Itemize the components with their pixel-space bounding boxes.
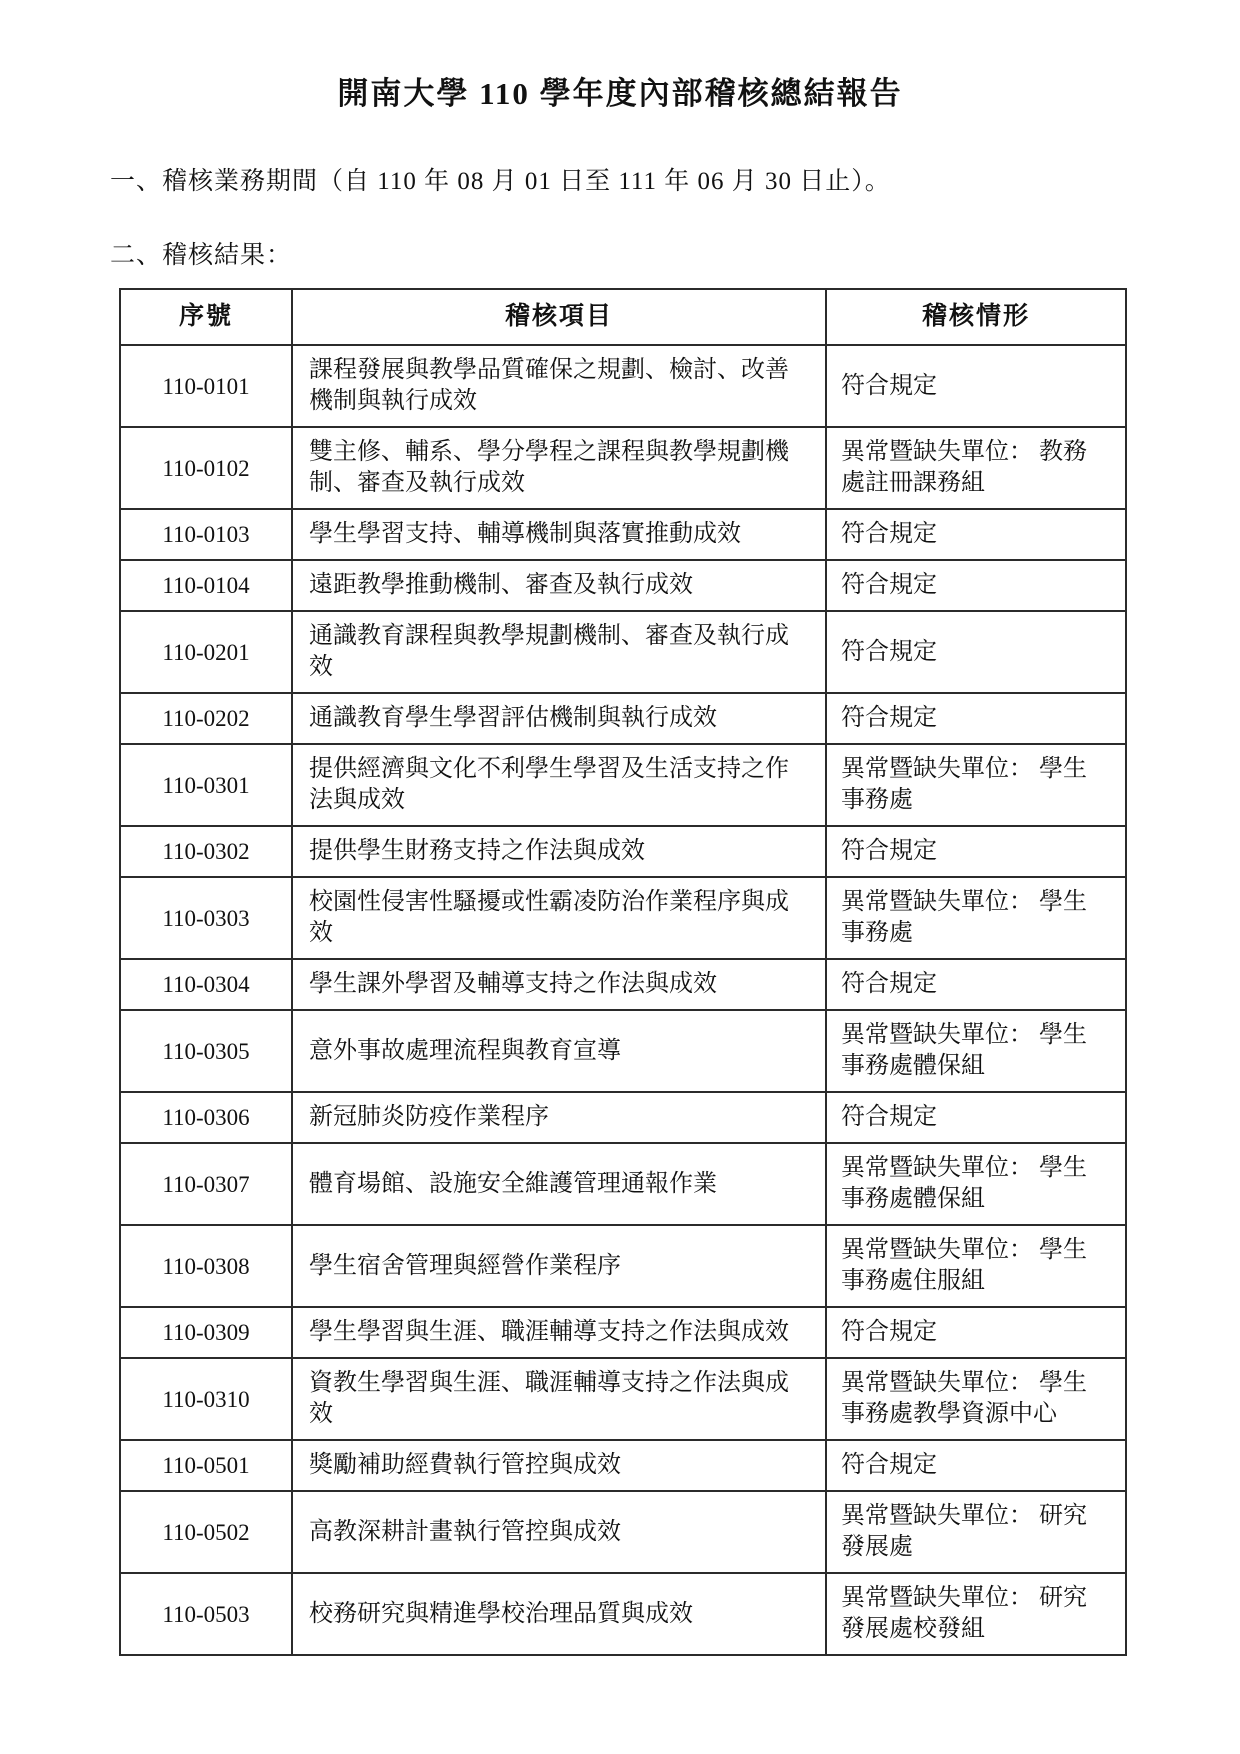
table-row: 110-0308 學生宿舍管理與經營作業程序 異常暨缺失單位： 學生事務處住服組 <box>120 1225 1126 1307</box>
status-cell: 符合規定 <box>826 826 1126 877</box>
table-row: 110-0502 高教深耕計畫執行管控與成效 異常暨缺失單位： 研究發展處 <box>120 1491 1126 1573</box>
audit-results-label: 二、稽核結果： <box>110 240 1130 272</box>
status-cell: 異常暨缺失單位： 學生事務處 <box>826 744 1126 826</box>
serial-cell: 110-0502 <box>120 1491 292 1573</box>
status-cell: 異常暨缺失單位： 學生事務處住服組 <box>826 1225 1126 1307</box>
item-cell: 校園性侵害性騷擾或性霸凌防治作業程序與成效 <box>292 877 826 959</box>
page-title: 開南大學 110 學年度內部稽核總結報告 <box>110 76 1130 112</box>
serial-cell: 110-0305 <box>120 1010 292 1092</box>
table-row: 110-0102 雙主修、輔系、學分學程之課程與教學規劃機制、審查及執行成效 異… <box>120 427 1126 509</box>
status-cell: 符合規定 <box>826 1440 1126 1491</box>
col-header-item: 稽核項目 <box>292 289 826 345</box>
table-row: 110-0301 提供經濟與文化不利學生學習及生活支持之作法與成效 異常暨缺失單… <box>120 744 1126 826</box>
col-header-status: 稽核情形 <box>826 289 1126 345</box>
item-cell: 意外事故處理流程與教育宣導 <box>292 1010 826 1092</box>
table-row: 110-0305 意外事故處理流程與教育宣導 異常暨缺失單位： 學生事務處體保組 <box>120 1010 1126 1092</box>
table-row: 110-0304 學生課外學習及輔導支持之作法與成效 符合規定 <box>120 959 1126 1010</box>
item-cell: 新冠肺炎防疫作業程序 <box>292 1092 826 1143</box>
item-cell: 雙主修、輔系、學分學程之課程與教學規劃機制、審查及執行成效 <box>292 427 826 509</box>
col-header-serial: 序號 <box>120 289 292 345</box>
table-row: 110-0309 學生學習與生涯、職涯輔導支持之作法與成效 符合規定 <box>120 1307 1126 1358</box>
serial-cell: 110-0303 <box>120 877 292 959</box>
table-row: 110-0307 體育場館、設施安全維護管理通報作業 異常暨缺失單位： 學生事務… <box>120 1143 1126 1225</box>
audit-results-table: 序號 稽核項目 稽核情形 110-0101 課程發展與教學品質確保之規劃、檢討、… <box>119 288 1127 1656</box>
serial-cell: 110-0503 <box>120 1573 292 1655</box>
status-cell: 符合規定 <box>826 959 1126 1010</box>
document-page: 開南大學 110 學年度內部稽核總結報告 一、稽核業務期間（自 110 年 08… <box>0 0 1240 1754</box>
item-cell: 學生學習與生涯、職涯輔導支持之作法與成效 <box>292 1307 826 1358</box>
serial-cell: 110-0101 <box>120 345 292 427</box>
serial-cell: 110-0104 <box>120 560 292 611</box>
serial-cell: 110-0501 <box>120 1440 292 1491</box>
table-row: 110-0503 校務研究與精進學校治理品質與成效 異常暨缺失單位： 研究發展處… <box>120 1573 1126 1655</box>
serial-cell: 110-0302 <box>120 826 292 877</box>
status-cell: 符合規定 <box>826 1307 1126 1358</box>
status-cell: 異常暨缺失單位： 學生事務處體保組 <box>826 1143 1126 1225</box>
item-cell: 校務研究與精進學校治理品質與成效 <box>292 1573 826 1655</box>
table-row: 110-0306 新冠肺炎防疫作業程序 符合規定 <box>120 1092 1126 1143</box>
status-cell: 異常暨缺失單位： 研究發展處校發組 <box>826 1573 1126 1655</box>
item-cell: 課程發展與教學品質確保之規劃、檢討、改善機制與執行成效 <box>292 345 826 427</box>
status-cell: 異常暨缺失單位： 學生事務處教學資源中心 <box>826 1358 1126 1440</box>
status-cell: 符合規定 <box>826 509 1126 560</box>
table-header-row: 序號 稽核項目 稽核情形 <box>120 289 1126 345</box>
status-cell: 符合規定 <box>826 611 1126 693</box>
table-row: 110-0103 學生學習支持、輔導機制與落實推動成效 符合規定 <box>120 509 1126 560</box>
status-cell: 異常暨缺失單位： 研究發展處 <box>826 1491 1126 1573</box>
table-row: 110-0104 遠距教學推動機制、審查及執行成效 符合規定 <box>120 560 1126 611</box>
table-row: 110-0303 校園性侵害性騷擾或性霸凌防治作業程序與成效 異常暨缺失單位： … <box>120 877 1126 959</box>
serial-cell: 110-0309 <box>120 1307 292 1358</box>
item-cell: 高教深耕計畫執行管控與成效 <box>292 1491 826 1573</box>
table-row: 110-0101 課程發展與教學品質確保之規劃、檢討、改善機制與執行成效 符合規… <box>120 345 1126 427</box>
status-cell: 符合規定 <box>826 1092 1126 1143</box>
table-row: 110-0302 提供學生財務支持之作法與成效 符合規定 <box>120 826 1126 877</box>
serial-cell: 110-0308 <box>120 1225 292 1307</box>
table-row: 110-0201 通識教育課程與教學規劃機制、審查及執行成效 符合規定 <box>120 611 1126 693</box>
table-body: 110-0101 課程發展與教學品質確保之規劃、檢討、改善機制與執行成效 符合規… <box>120 345 1126 1655</box>
status-cell: 符合規定 <box>826 345 1126 427</box>
item-cell: 遠距教學推動機制、審查及執行成效 <box>292 560 826 611</box>
serial-cell: 110-0306 <box>120 1092 292 1143</box>
status-cell: 符合規定 <box>826 560 1126 611</box>
item-cell: 資教生學習與生涯、職涯輔導支持之作法與成效 <box>292 1358 826 1440</box>
serial-cell: 110-0102 <box>120 427 292 509</box>
serial-cell: 110-0307 <box>120 1143 292 1225</box>
item-cell: 體育場館、設施安全維護管理通報作業 <box>292 1143 826 1225</box>
item-cell: 學生課外學習及輔導支持之作法與成效 <box>292 959 826 1010</box>
serial-cell: 110-0304 <box>120 959 292 1010</box>
item-cell: 獎勵補助經費執行管控與成效 <box>292 1440 826 1491</box>
item-cell: 提供學生財務支持之作法與成效 <box>292 826 826 877</box>
item-cell: 學生宿舍管理與經營作業程序 <box>292 1225 826 1307</box>
serial-cell: 110-0202 <box>120 693 292 744</box>
audit-period-line: 一、稽核業務期間（自 110 年 08 月 01 日至 111 年 06 月 3… <box>110 166 1130 198</box>
status-cell: 異常暨缺失單位： 學生事務處體保組 <box>826 1010 1126 1092</box>
table-row: 110-0202 通識教育學生學習評估機制與執行成效 符合規定 <box>120 693 1126 744</box>
item-cell: 通識教育學生學習評估機制與執行成效 <box>292 693 826 744</box>
item-cell: 提供經濟與文化不利學生學習及生活支持之作法與成效 <box>292 744 826 826</box>
item-cell: 通識教育課程與教學規劃機制、審查及執行成效 <box>292 611 826 693</box>
serial-cell: 110-0310 <box>120 1358 292 1440</box>
serial-cell: 110-0301 <box>120 744 292 826</box>
status-cell: 符合規定 <box>826 693 1126 744</box>
table-row: 110-0501 獎勵補助經費執行管控與成效 符合規定 <box>120 1440 1126 1491</box>
table-row: 110-0310 資教生學習與生涯、職涯輔導支持之作法與成效 異常暨缺失單位： … <box>120 1358 1126 1440</box>
status-cell: 異常暨缺失單位： 學生事務處 <box>826 877 1126 959</box>
item-cell: 學生學習支持、輔導機制與落實推動成效 <box>292 509 826 560</box>
serial-cell: 110-0201 <box>120 611 292 693</box>
status-cell: 異常暨缺失單位： 教務處註冊課務組 <box>826 427 1126 509</box>
serial-cell: 110-0103 <box>120 509 292 560</box>
